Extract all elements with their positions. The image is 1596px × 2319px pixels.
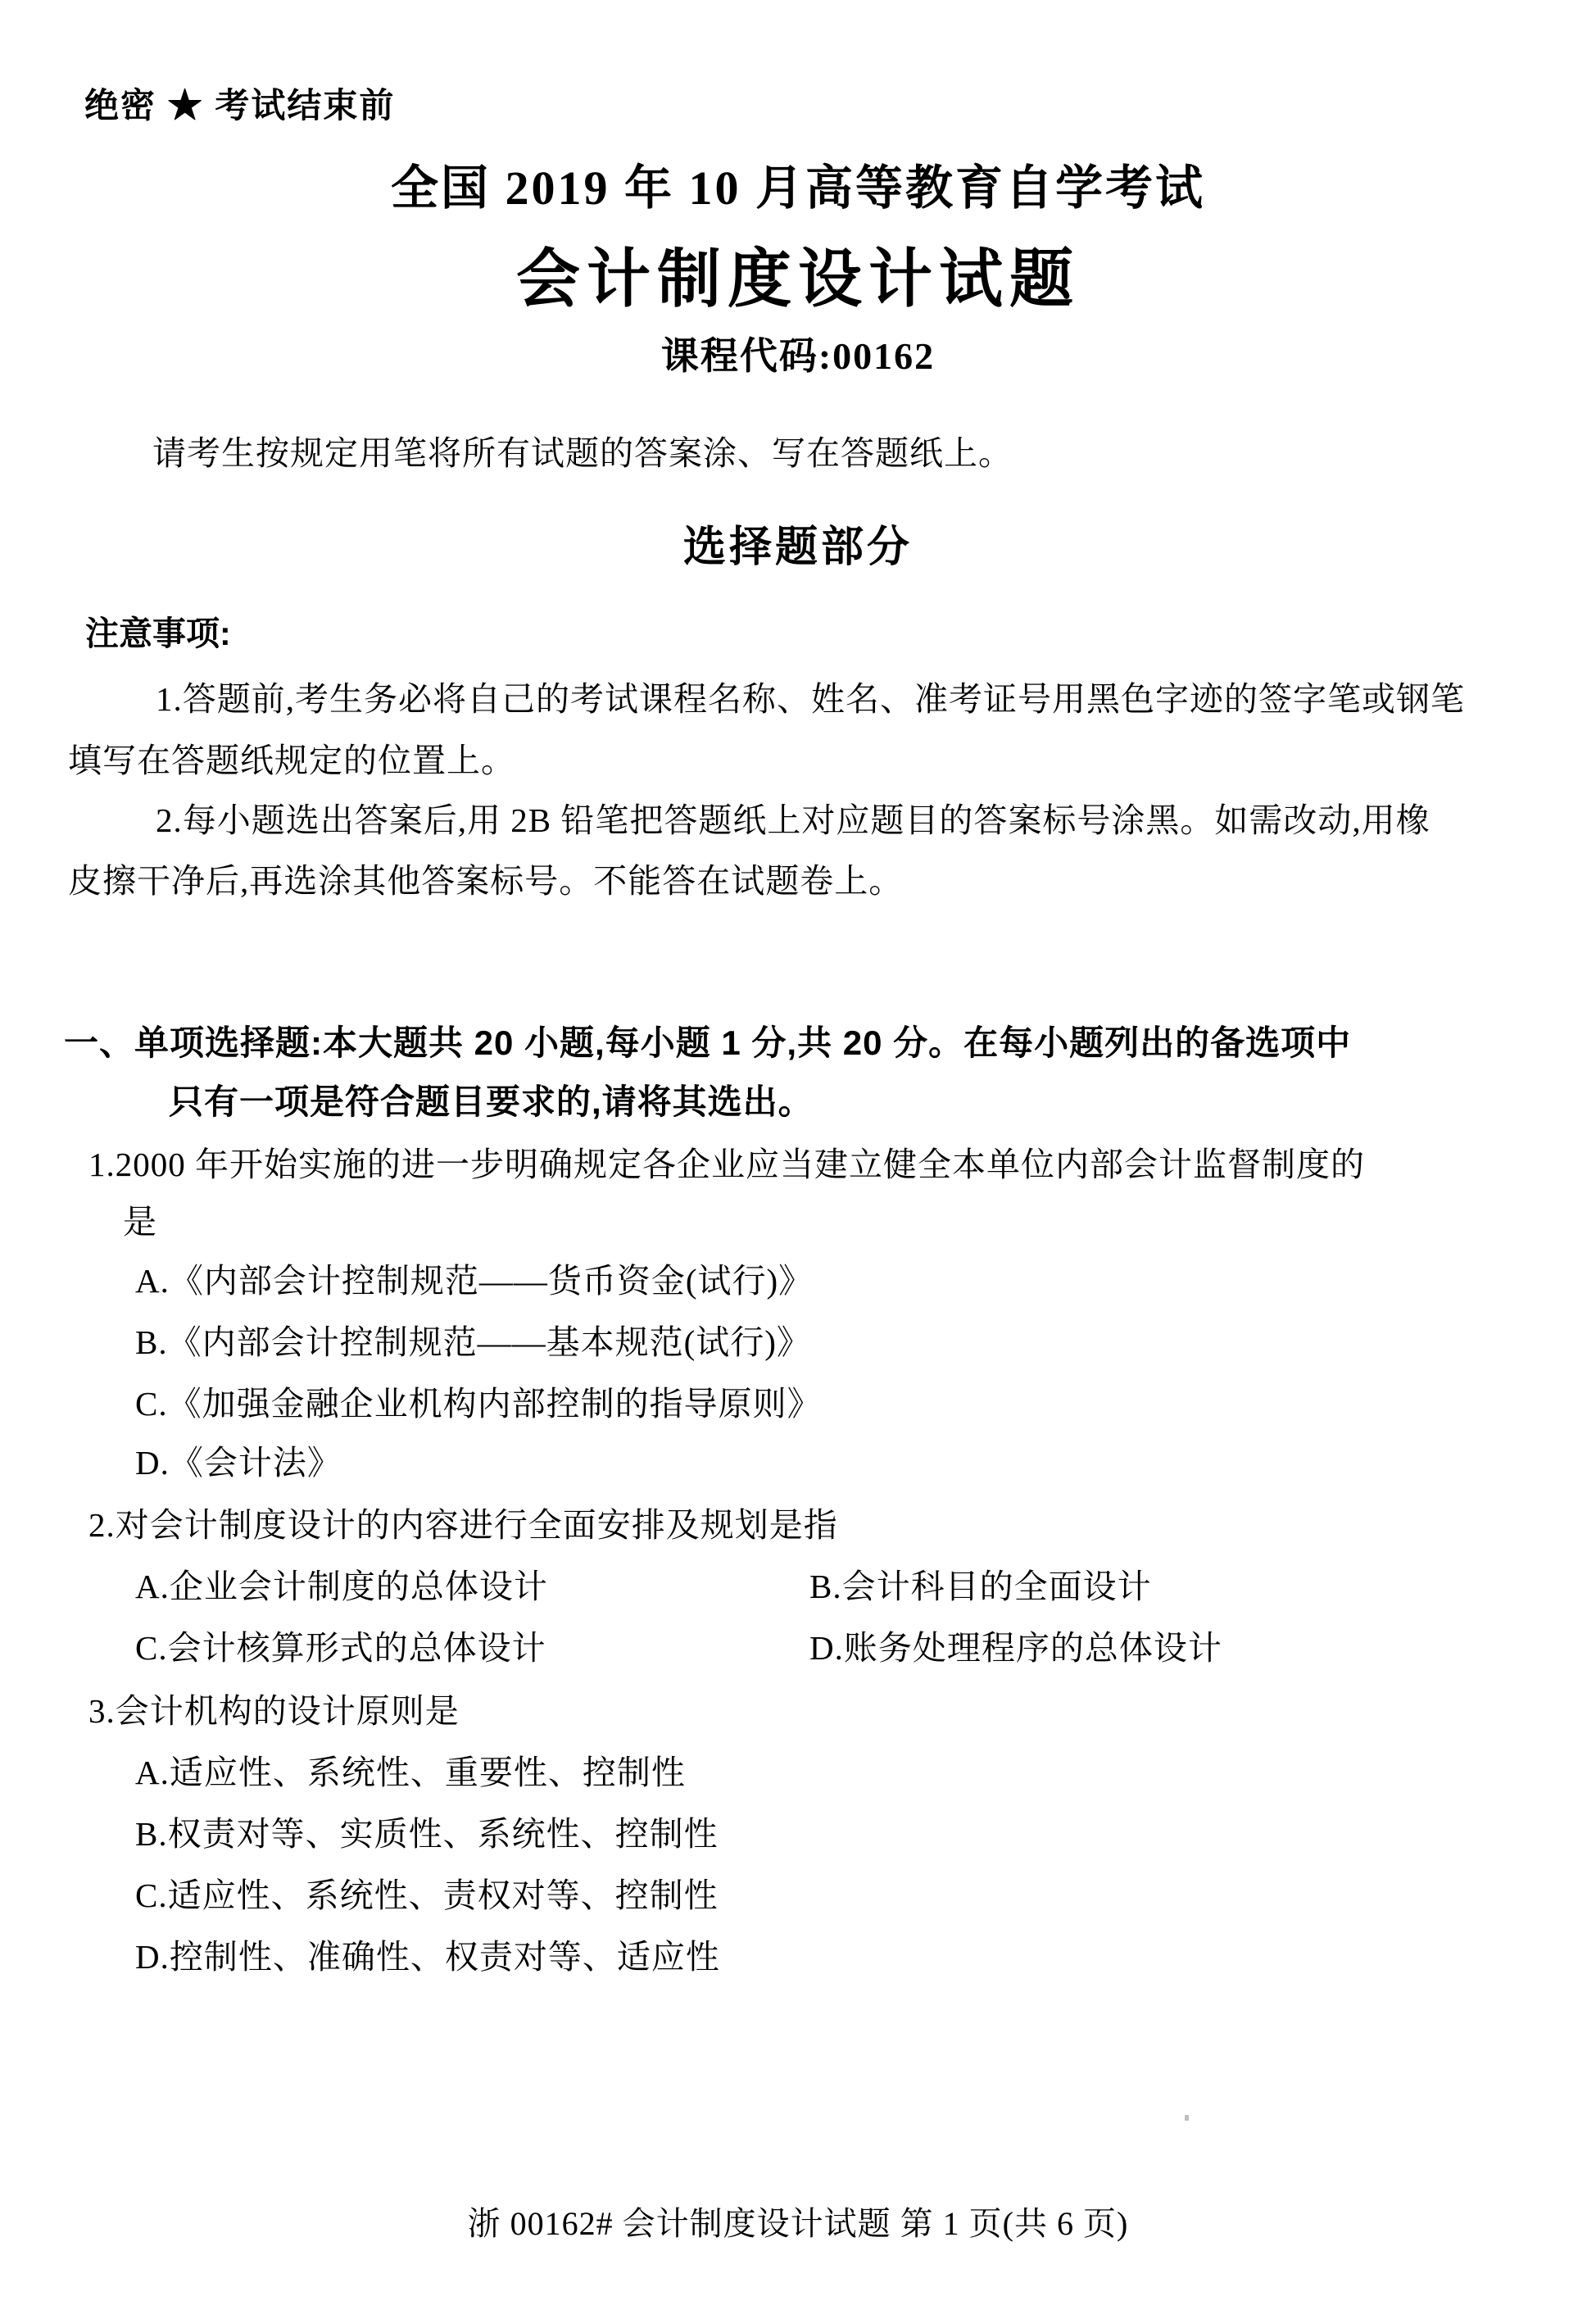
question-2-option-d: D.账务处理程序的总体设计 (809, 1621, 1222, 1669)
question-3-option-b: B.权责对等、实质性、系统性、控制性 (135, 1807, 719, 1855)
note-2-line-1: 2.每小题选出答案后,用 2B 铅笔把答题纸上对应题目的答案标号涂黑。如需改动,… (156, 793, 1431, 842)
page-footer: 浙 00162# 会计制度设计试题 第 1 页(共 6 页) (0, 2198, 1596, 2244)
section-heading-line-1: 一、单项选择题:本大题共 20 小题,每小题 1 分,共 20 分。在每小题列出… (64, 1016, 1351, 1065)
question-1-option-a: A.《内部会计控制规范——货币资金(试行)》 (135, 1254, 813, 1302)
question-2-option-c: C.会计核算形式的总体设计 (135, 1621, 546, 1669)
paper-title: 会计制度设计试题 (0, 228, 1596, 320)
note-1-line-1: 1.答题前,考生务必将自己的考试课程名称、姓名、准考证号用黑色字迹的签字笔或钢笔 (156, 672, 1465, 720)
question-1-stem-continued: 是 (123, 1195, 157, 1243)
exam-title: 全国 2019 年 10 月高等教育自学考试 (0, 149, 1596, 218)
note-2-line-2: 皮擦干净后,再选涂其他答案标号。不能答在试题卷上。 (68, 854, 903, 902)
question-1-option-d: D.《会计法》 (135, 1436, 342, 1484)
note-1-line-2: 填写在答题纸规定的位置上。 (68, 733, 515, 782)
part-heading: 选择题部分 (0, 512, 1596, 574)
answer-sheet-instruction: 请考生按规定用笔将所有试题的答案涂、写在答题纸上。 (152, 426, 1013, 474)
question-3-stem: 3.会计机构的设计原则是 (88, 1684, 460, 1732)
question-2-option-a: A.企业会计制度的总体设计 (135, 1559, 548, 1608)
question-2-option-b: B.会计科目的全面设计 (809, 1559, 1152, 1608)
question-3-option-d: D.控制性、准确性、权责对等、适应性 (135, 1930, 720, 1978)
notes-heading: 注意事项: (85, 606, 231, 655)
scan-artifact (1185, 2115, 1189, 2121)
course-code: 课程代码:00162 (0, 326, 1596, 380)
section-heading-line-2: 只有一项是符合题目要求的,请将其选出。 (169, 1075, 814, 1124)
question-1-stem: 1.2000 年开始实施的进一步明确规定各企业应当建立健全本单位内部会计监督制度… (88, 1137, 1365, 1186)
question-3-option-c: C.适应性、系统性、责权对等、控制性 (135, 1868, 719, 1917)
question-3-option-a: A.适应性、系统性、重要性、控制性 (135, 1745, 686, 1794)
exam-paper-page: 绝密 ★ 考试结束前 全国 2019 年 10 月高等教育自学考试 会计制度设计… (0, 0, 1596, 2319)
question-2-stem: 2.对会计制度设计的内容进行全面安排及规划是指 (88, 1498, 838, 1546)
classification-label: 绝密 ★ 考试结束前 (84, 79, 395, 128)
question-1-option-b: B.《内部会计控制规范——基本规范(试行)》 (135, 1315, 811, 1364)
question-1-option-c: C.《加强金融企业机构内部控制的指导原则》 (135, 1377, 822, 1425)
